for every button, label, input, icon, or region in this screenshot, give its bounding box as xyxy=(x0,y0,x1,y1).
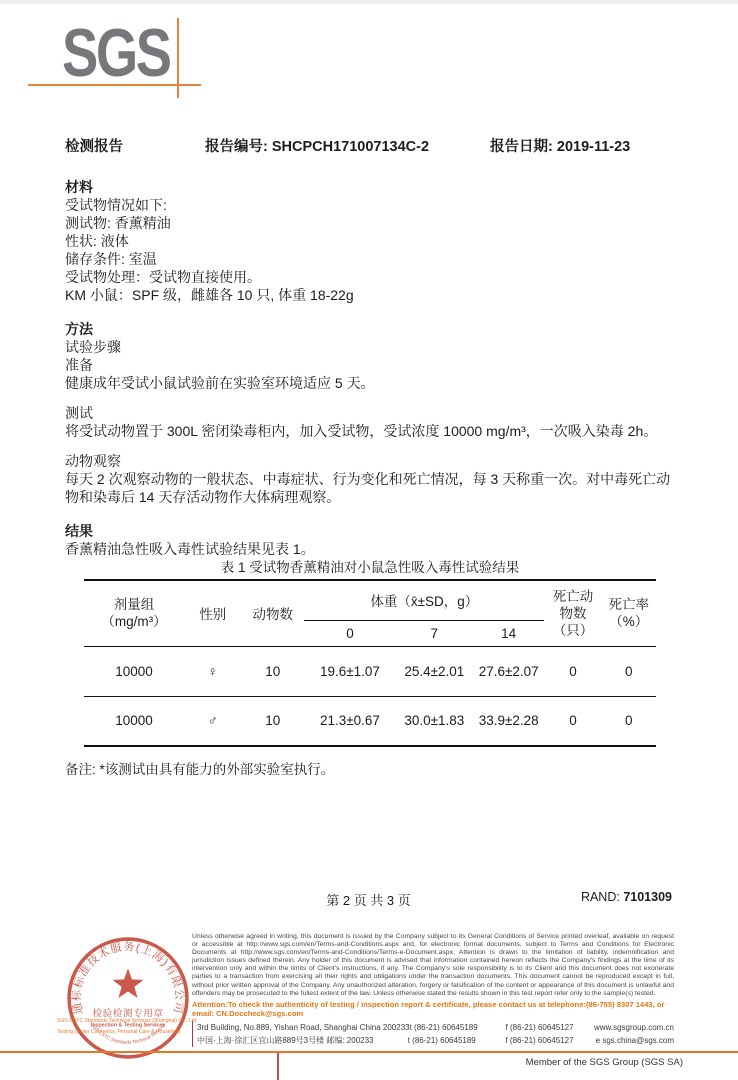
website: www.sgsgroup.com.cn xyxy=(594,1023,674,1032)
cell-count: 10 xyxy=(241,646,304,696)
cell-weight-day0: 19.6±1.07 xyxy=(304,646,396,696)
cell-weight-day14: 27.6±2.07 xyxy=(473,646,545,696)
email: e sgs.china@sgs.com xyxy=(596,1036,674,1045)
report-number: 报告编号: SHCPCH171007134C-2 xyxy=(205,135,429,156)
material-line: 受试物情况如下: xyxy=(65,196,677,214)
rand-value: 7101309 xyxy=(623,890,672,904)
method-line: 动物观察 xyxy=(65,452,677,470)
telephone: t (86-21) 60645189 xyxy=(410,1023,506,1032)
col-header-day14: 14 xyxy=(473,620,545,646)
results-table-block: 表 1 受试物香薰精油对小鼠急性吸入毒性试验结果 剂量组 （mg/m³） 性别 … xyxy=(84,556,656,747)
company-stamp: 通标标准技术服务(上海)有限公司 SGS-CSTC Standards Tech… xyxy=(64,934,192,1062)
results-table: 剂量组 （mg/m³） 性别 动物数 体重（x̄±SD，g） 死亡动 物数 （只… xyxy=(84,579,656,747)
report-page: SGS 检测报告 报告编号: SHCPCH171007134C-2 报告日期: … xyxy=(0,0,738,1080)
report-date-value: 2019-11-23 xyxy=(557,139,630,155)
cell-weight-day7: 25.4±2.01 xyxy=(396,646,473,696)
terms-paragraph: Unless otherwise agreed in writing, this… xyxy=(192,933,674,998)
stamp-seal-icon: 通标标准技术服务(上海)有限公司 SGS-CSTC Standards Tech… xyxy=(64,934,192,1062)
section-heading-result: 结果 xyxy=(65,522,677,540)
attention-notice: Attention:To check the authenticity of t… xyxy=(192,1000,674,1018)
sgs-logo: SGS xyxy=(62,22,170,84)
cell-sex: ♂ xyxy=(184,696,241,746)
cell-dose: 10000 xyxy=(84,696,184,746)
table-row: 10000 ♂ 10 21.3±0.67 30.0±1.83 33.9±2.28… xyxy=(84,696,656,746)
fax: f (86-21) 60645127 xyxy=(505,1036,595,1045)
address-row: 3rd Building, No.889, Yishan Road, Shang… xyxy=(197,1021,674,1034)
cell-weight-day7: 30.0±1.83 xyxy=(396,696,473,746)
address-cn: 中国·上海·徐汇区宜山路889号3号楼 邮编: 200233 xyxy=(197,1035,408,1046)
material-line: 性状: 液体 xyxy=(65,232,677,250)
rand-number: RAND: 7101309 xyxy=(581,890,672,904)
method-line: 健康成年受试小鼠试验前在实验室环境适应 5 天。 xyxy=(65,374,677,392)
section-heading-material: 材料 xyxy=(65,178,677,196)
col-header-dose: 剂量组 （mg/m³） xyxy=(84,580,184,646)
material-line: 储存条件: 室温 xyxy=(65,250,677,268)
cell-deaths: 0 xyxy=(544,646,601,696)
stamp-company-line1: SGS-CSTC Standards Technical Services (S… xyxy=(57,1016,198,1027)
col-header-day7: 7 xyxy=(396,620,473,646)
report-header: 检测报告 报告编号: SHCPCH171007134C-2 报告日期: 2019… xyxy=(65,135,675,155)
section-heading-method: 方法 xyxy=(65,320,677,338)
table-title: 表 1 受试物香薰精油对小鼠急性吸入毒性试验结果 xyxy=(84,556,656,576)
rand-label: RAND: xyxy=(581,890,620,904)
report-date-label: 报告日期: xyxy=(490,139,553,155)
stamp-star-icon xyxy=(113,969,144,998)
cell-weight-day14: 33.9±2.28 xyxy=(473,696,545,746)
fax: f (86-21) 60645127 xyxy=(506,1023,594,1032)
method-line: 测试 xyxy=(65,404,677,422)
cell-weight-day0: 21.3±0.67 xyxy=(304,696,396,746)
table-note: 备注: *该测试由具有能力的外部实验室执行。 xyxy=(65,758,334,778)
legal-footer: Unless otherwise agreed in writing, this… xyxy=(192,933,674,1047)
method-line: 将受试动物置于 300L 密闭染毒柜内，加入受试物，受试浓度 10000 mg/… xyxy=(65,422,677,440)
scan-edge xyxy=(0,0,738,4)
col-header-count: 动物数 xyxy=(241,580,304,646)
cell-count: 10 xyxy=(241,696,304,746)
report-type-label: 检测报告 xyxy=(65,135,123,156)
logo-horizontal-line xyxy=(28,84,201,86)
col-header-rate: 死亡率 （%） xyxy=(602,580,656,646)
address-row: 中国·上海·徐汇区宜山路889号3号楼 邮编: 200233 t (86-21)… xyxy=(197,1034,674,1047)
method-line: 试验步骤 xyxy=(65,338,677,356)
cell-dose: 10000 xyxy=(84,646,184,696)
sgs-group-member-note: Member of the SGS Group (SGS SA) xyxy=(526,1057,683,1068)
material-line: 测试物: 香薰精油 xyxy=(65,214,677,232)
col-header-weight: 体重（x̄±SD，g） xyxy=(304,580,544,620)
method-line: 准备 xyxy=(65,356,677,374)
crop-mark xyxy=(277,1053,279,1080)
method-paragraph: 每天 2 次观察动物的一般状态、中毒症状、行为变化和死亡情况，每 3 天称重一次… xyxy=(65,470,677,506)
report-number-label: 报告编号: xyxy=(205,139,268,155)
table-row: 10000 ♀ 10 19.6±1.07 25.4±2.01 27.6±2.07… xyxy=(84,646,656,696)
address-en: 3rd Building, No.889, Yishan Road, Shang… xyxy=(197,1023,410,1032)
material-line: 受试物处理：受试物直接使用。 xyxy=(65,268,677,286)
stamp-company-line2: Testing Center Cosmetics, Personal Care … xyxy=(57,1027,180,1038)
cell-sex: ♀ xyxy=(184,646,241,696)
report-number-value: SHCPCH171007134C-2 xyxy=(272,139,429,155)
col-header-deaths: 死亡动 物数 （只） xyxy=(544,580,601,646)
cell-rate: 0 xyxy=(602,646,656,696)
address-block: 3rd Building, No.889, Yishan Road, Shang… xyxy=(192,1021,674,1047)
telephone: t (86-21) 60645189 xyxy=(408,1036,506,1045)
material-line: KM 小鼠：SPF 级，雌雄各 10 只, 体重 18-22g xyxy=(65,286,677,304)
report-body: 材料 受试物情况如下: 测试物: 香薰精油 性状: 液体 储存条件: 室温 受试… xyxy=(65,178,677,558)
cell-deaths: 0 xyxy=(544,696,601,746)
footer-divider-line xyxy=(0,1051,738,1053)
report-date: 报告日期: 2019-11-23 xyxy=(490,135,630,156)
col-header-sex: 性别 xyxy=(184,580,241,646)
col-header-day0: 0 xyxy=(304,620,396,646)
logo-vertical-line xyxy=(177,18,179,98)
cell-rate: 0 xyxy=(602,696,656,746)
